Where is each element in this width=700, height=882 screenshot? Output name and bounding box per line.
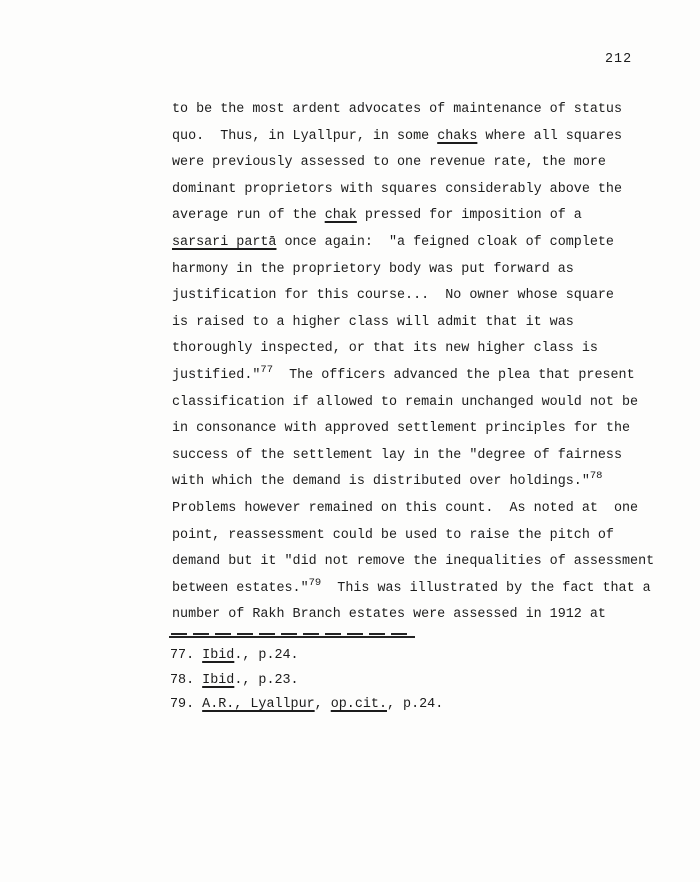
body-line: quo. Thus, in Lyallpur, in some chaks wh… [172, 124, 672, 151]
body-line: is raised to a higher class will admit t… [172, 310, 672, 337]
document-page: 212 to be the most ardent advocates of m… [0, 0, 700, 882]
text-segment: thoroughly inspected, or that its new hi… [172, 341, 598, 356]
underlined-text: Ibid [202, 673, 234, 688]
body-line: with which the demand is distributed ove… [172, 469, 672, 496]
text-segment: justified." [172, 368, 260, 383]
text-segment: 77. [170, 648, 202, 663]
footnote-separator-dashed-line [171, 633, 413, 635]
body-line: to be the most ardent advocates of maint… [172, 97, 672, 124]
footnote-line: 79. A.R., Lyallpur, op.cit., p.24. [170, 693, 650, 718]
text-segment: , [315, 697, 331, 712]
text-segment: point, reassessment could be used to rai… [172, 528, 614, 543]
text-segment: once again: "a feigned cloak of complete [276, 235, 614, 250]
body-line: classification if allowed to remain unch… [172, 390, 672, 417]
body-line: were previously assessed to one revenue … [172, 150, 672, 177]
body-line: success of the settlement lay in the "de… [172, 443, 672, 470]
footnote-ref: 77 [260, 364, 273, 376]
text-segment: demand but it "did not remove the inequa… [172, 554, 654, 569]
underlined-text: chak [325, 208, 357, 223]
body-line: dominant proprietors with squares consid… [172, 177, 672, 204]
underlined-text: op.cit. [331, 697, 387, 712]
body-line: Problems however remained on this count.… [172, 496, 672, 523]
body-line: thoroughly inspected, or that its new hi… [172, 336, 672, 363]
body-line: demand but it "did not remove the inequa… [172, 549, 672, 576]
text-segment: justification for this course... No owne… [172, 288, 614, 303]
footnote-line: 78. Ibid., p.23. [170, 669, 650, 694]
text-segment: This was illustrated by the fact that a [321, 581, 650, 596]
body-line: between estates."79 This was illustrated… [172, 576, 672, 603]
underlined-text: sarsari partā [172, 235, 276, 250]
underlined-text: A.R., Lyallpur [202, 697, 315, 712]
text-segment: classification if allowed to remain unch… [172, 395, 638, 410]
text-segment: to be the most ardent advocates of maint… [172, 102, 622, 117]
text-segment: harmony in the proprietory body was put … [172, 262, 574, 277]
body-line: justification for this course... No owne… [172, 283, 672, 310]
text-segment: The officers advanced the plea that pres… [273, 368, 635, 383]
footnote-separator-solid-line [169, 636, 415, 638]
text-segment: where all squares [477, 129, 622, 144]
page-number: 212 [605, 52, 632, 67]
body-line: point, reassessment could be used to rai… [172, 523, 672, 550]
text-segment: in consonance with approved settlement p… [172, 421, 630, 436]
text-segment: ., p.24. [234, 648, 298, 663]
text-segment: is raised to a higher class will admit t… [172, 315, 574, 330]
underlined-text: Ibid [202, 648, 234, 663]
text-segment: dominant proprietors with squares consid… [172, 182, 622, 197]
text-segment: , p.24. [387, 697, 443, 712]
text-segment: quo. Thus, in Lyallpur, in some [172, 129, 437, 144]
text-segment: number of Rakh Branch estates were asses… [172, 607, 606, 622]
text-segment: ., p.23. [234, 673, 298, 688]
text-segment: pressed for imposition of a [357, 208, 582, 223]
body-line: justified."77 The officers advanced the … [172, 363, 672, 390]
body-line: average run of the chak pressed for impo… [172, 203, 672, 230]
text-segment: 78. [170, 673, 202, 688]
underlined-text: chaks [437, 129, 477, 144]
body-line: harmony in the proprietory body was put … [172, 257, 672, 284]
footnote-ref: 79 [309, 577, 322, 589]
text-segment: Problems however remained on this count.… [172, 501, 638, 516]
footnote-separator [169, 633, 415, 638]
body-text: to be the most ardent advocates of maint… [172, 97, 672, 629]
text-segment: were previously assessed to one revenue … [172, 155, 606, 170]
text-segment: average run of the [172, 208, 325, 223]
text-segment: with which the demand is distributed ove… [172, 474, 590, 489]
text-segment: success of the settlement lay in the "de… [172, 448, 622, 463]
footnote-ref: 78 [590, 470, 603, 482]
body-line: sarsari partā once again: "a feigned clo… [172, 230, 672, 257]
footnote-line: 77. Ibid., p.24. [170, 644, 650, 669]
text-segment: 79. [170, 697, 202, 712]
body-line: in consonance with approved settlement p… [172, 416, 672, 443]
body-line: number of Rakh Branch estates were asses… [172, 602, 672, 629]
footnotes: 77. Ibid., p.24.78. Ibid., p.23.79. A.R.… [170, 644, 650, 718]
text-segment: between estates." [172, 581, 309, 596]
